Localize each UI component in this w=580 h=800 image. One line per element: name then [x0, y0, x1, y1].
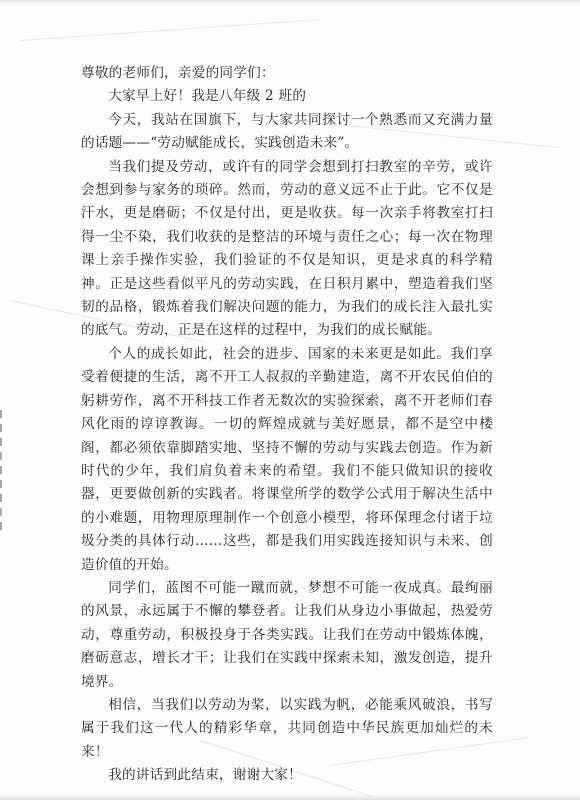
paragraph-labor-meaning: 当我们提及劳动，或许有的同学会想到打扫教室的辛劳，或许会想到参与家务的琐碎。然而… — [81, 156, 493, 343]
salutation: 尊敬的老师们，亲爱的同学们： — [81, 62, 493, 85]
speech-body: 尊敬的老师们，亲爱的同学们： 大家早上好！我是八年级 2 班的 今天，我站在国旗… — [81, 62, 493, 788]
paragraph-greeting: 大家早上好！我是八年级 2 班的 — [81, 85, 493, 108]
paragraph-belief: 相信，当我们以劳动为桨，以实践为帆，必能乘风破浪，书写属于我们这一代人的精彩华章… — [81, 694, 493, 764]
paper-crease — [20, 19, 319, 41]
paragraph-call-to-action: 同学们，蓝图不可能一蹴而就，梦想不可能一夜成真。最绚丽的风景，永远属于不懈的攀登… — [81, 577, 493, 694]
paragraph-society: 个人的成长如此，社会的进步、国家的未来更是如此。我们享受着便捷的生活，离不开工人… — [81, 343, 493, 577]
binding-marks — [0, 410, 2, 530]
scan-edge-bottom — [0, 794, 580, 800]
scan-edge-top — [0, 0, 580, 4]
scanned-page: 尊敬的老师们，亲爱的同学们： 大家早上好！我是八年级 2 班的 今天，我站在国旗… — [0, 0, 580, 800]
paragraph-closing: 我的讲话到此结束，谢谢大家！ — [81, 764, 493, 787]
paragraph-topic: 今天，我站在国旗下，与大家共同探讨一个熟悉而又充满力量的话题——“劳动赋能成长，… — [81, 109, 493, 156]
